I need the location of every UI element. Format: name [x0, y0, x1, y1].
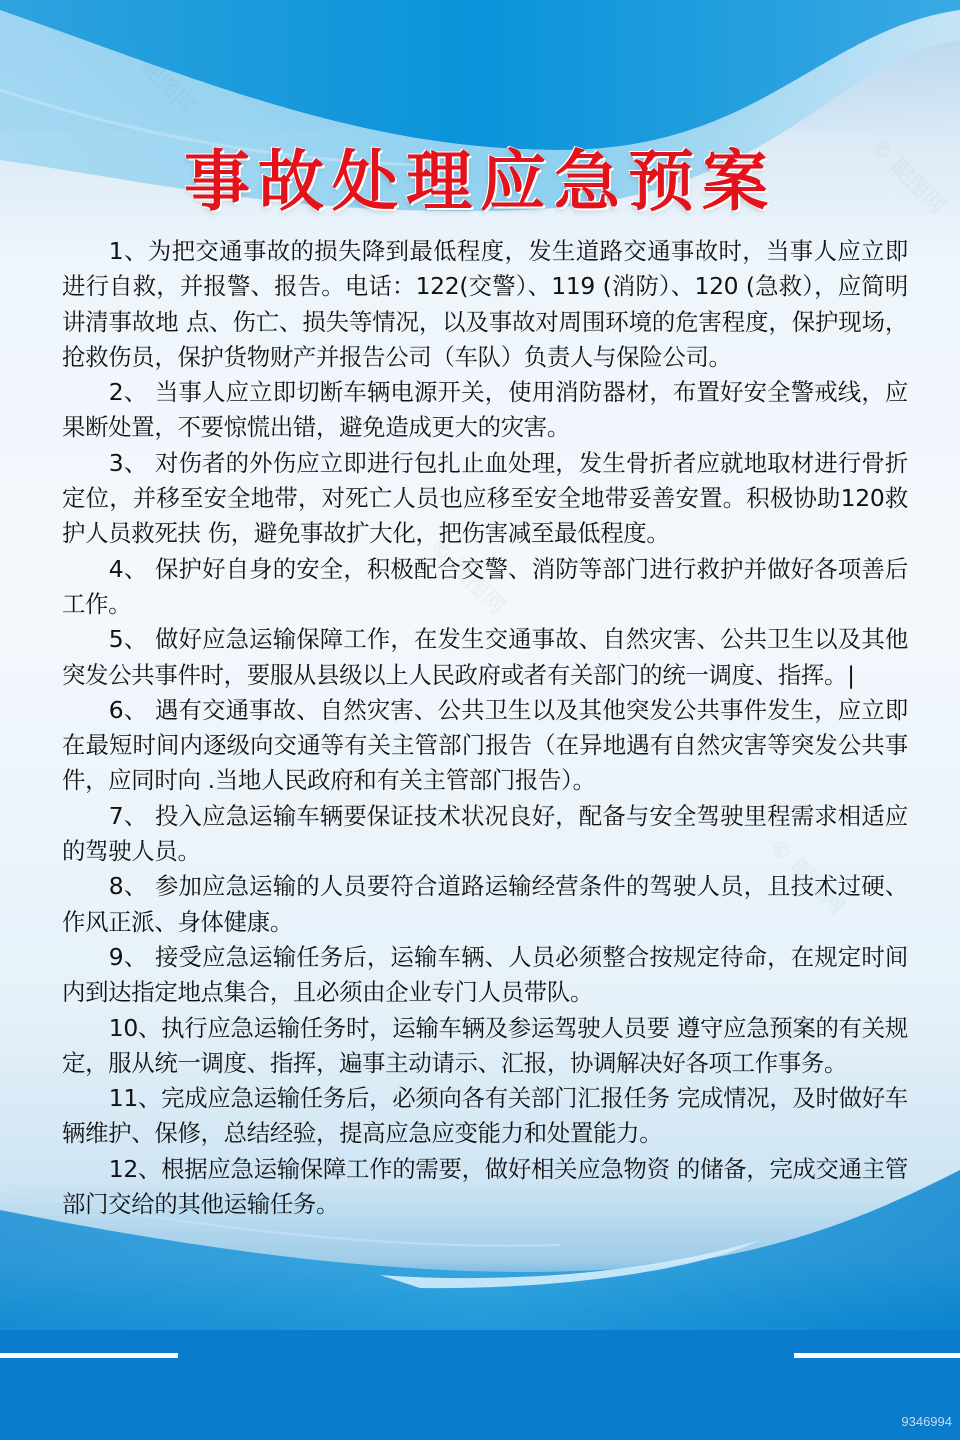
procedure-item-6: 6、 遇有交通事故、自然灾害、公共卫生以及其他突发公共事件发生，应立即在最短时间… — [62, 693, 908, 799]
footer-divider-right — [794, 1353, 960, 1358]
procedure-item-5: 5、 做好应急运输保障工作，在发生交通事故、自然灾害、公共卫生以及其他突发公共事… — [62, 622, 908, 693]
procedure-item-10: 10、执行应急运输任务时，运输车辆及参运驾驶人员要 遵守应急预案的有关规定，服从… — [62, 1011, 908, 1082]
procedure-item-2: 2、 当事人应立即切断车辆电源开关，使用消防器材，布置好安全警戒线，应果断处置，… — [62, 375, 908, 446]
procedure-item-12: 12、根据应急运输保障工作的需要，做好相关应急物资 的储备，完成交通主管部门交给… — [62, 1152, 908, 1223]
footer-divider-left — [0, 1353, 178, 1358]
procedure-list: 1、为把交通事故的损失降到最低程度，发生道路交通事故时，当事人应立即进行自救，并… — [62, 234, 908, 1222]
procedure-item-4: 4、 保护好自身的安全，积极配合交警、消防等部门进行救护并做好各项善后工作。 — [62, 552, 908, 623]
procedure-item-9: 9、 接受应急运输任务后，运输车辆、人员必须整合按规定待命，在规定时间内到达指定… — [62, 940, 908, 1011]
poster: © 昵图网 © 昵图网 © 昵图网 © 昵图网 事故处理应急预案 1、为把交通事… — [0, 0, 960, 1440]
procedure-item-3: 3、 对伤者的外伤应立即进行包扎止血处理，发生骨折者应就地取材进行骨折定位，并移… — [62, 446, 908, 552]
procedure-item-11: 11、完成应急运输任务后，必须向各有关部门汇报任务 完成情况，及时做好车辆维护、… — [62, 1081, 908, 1152]
poster-title: 事故处理应急预案 — [0, 128, 960, 223]
image-id-label: 9346994 — [901, 1414, 952, 1429]
procedure-item-7: 7、 投入应急运输车辆要保证技术状况良好，配备与安全驾驶里程需求相适应的驾驶人员… — [62, 799, 908, 870]
procedure-item-8: 8、 参加应急运输的人员要符合道路运输经营条件的驾驶人员，且技术过硬、作风正派、… — [62, 869, 908, 940]
procedure-item-1: 1、为把交通事故的损失降到最低程度，发生道路交通事故时，当事人应立即进行自救，并… — [62, 234, 908, 375]
